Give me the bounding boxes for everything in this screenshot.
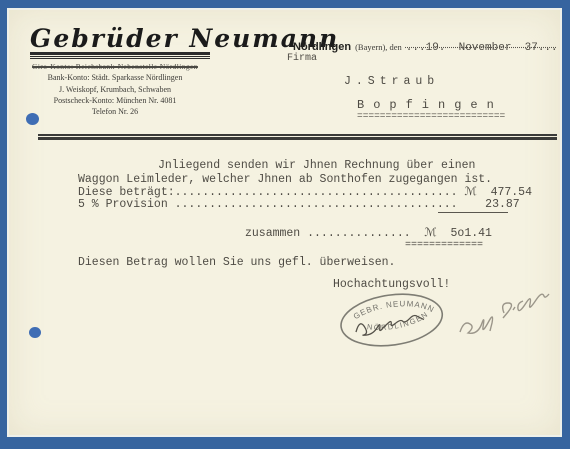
recipient-city-underline: ========================== <box>357 110 505 122</box>
postscheck-line: Postscheck-Konto: München Nr. 4081 <box>15 96 215 105</box>
body-line: Waggon Leimleder, welcher Jhnen ab Sonth… <box>78 174 492 186</box>
total-double-rule: ============= <box>405 240 483 252</box>
typed-date: ...19. November 37... <box>406 42 558 54</box>
telefon-line: Telefon Nr. 26 <box>15 107 215 116</box>
dateline: Nördlingen (Bayern), den ...19. November… <box>293 37 558 55</box>
recipient-salutation: Firma <box>287 53 317 65</box>
provision-underline <box>438 212 508 213</box>
dateline-place: Nördlingen <box>293 41 351 53</box>
total-line: zusammen ............... ℳ 5o1.41 <box>245 228 492 240</box>
owner-line: J. Weiskopf, Krumbach, Schwaben <box>15 85 215 94</box>
body-line: Jnliegend senden wir Jhnen Rechnung über… <box>158 160 475 172</box>
logo-underline <box>30 52 210 60</box>
punch-dot-top <box>26 113 39 125</box>
recipient-name: J.Straub <box>344 76 439 88</box>
header-divider <box>38 134 557 140</box>
bank-konto-line: Bank-Konto: Städt. Sparkasse Nördlingen <box>15 73 215 82</box>
giro-konto-line-struck: Giro-Konto: Reichsbank-Nebenstelle Nördl… <box>15 62 215 71</box>
handwritten-note: 29/11. 37. <box>448 252 566 349</box>
body-line-amount-2: 5 % Provision ..........................… <box>78 199 520 211</box>
punch-dot-bottom <box>29 327 41 338</box>
dateline-suffix: (Bayern), den <box>355 42 402 52</box>
scanned-letter: Gebrüder Neumann Giro-Konto: Reichsbank-… <box>0 0 570 449</box>
handwriting-scrawl <box>460 294 549 333</box>
body-line-request: Diesen Betrag wollen Sie uns gefl. überw… <box>78 257 395 269</box>
